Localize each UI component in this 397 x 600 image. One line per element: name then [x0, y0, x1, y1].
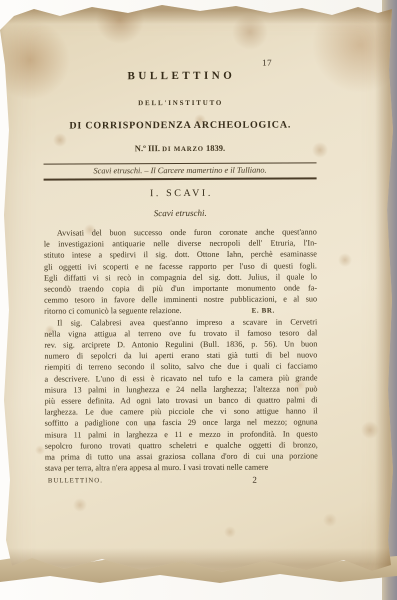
text-line: gli oggetti ivi scoperti e ne facesse ra… [44, 260, 317, 272]
footer-signature-number: 2 [252, 475, 257, 485]
running-head: Scavi etruschi. – Il Carcere mamertino e… [44, 165, 317, 175]
masthead-subtitle-2: DI CORRISPONDENZA ARCHEOLOGICA. [43, 119, 316, 131]
section-heading: I. SCAVI. [44, 187, 317, 199]
issue-month: DI MARZO [162, 146, 204, 153]
divider-rule-top [44, 162, 317, 164]
paragraph-1: Avvisati del buon successo onde furon co… [44, 226, 317, 317]
divider-rule-bottom [44, 177, 317, 180]
author-initials: E. BR. [252, 306, 275, 317]
text-line: riempiti di terreno secondo il solito, s… [44, 361, 317, 373]
page-number: 17 [262, 58, 272, 68]
text-line: ritorno ci comunicò la seguente relazion… [44, 306, 181, 316]
text-line: Il sig. Calabresi avea quest'anno impres… [44, 316, 317, 328]
issue-year: 1839. [206, 143, 225, 153]
issue-line: N.º III. DI MARZO 1839. [43, 142, 316, 153]
text-line: stituto intese a spedirvi il sig. dott. … [44, 249, 317, 261]
paragraph-2: Il sig. Calabresi avea quest'anno impres… [44, 316, 318, 474]
paragraph-1-last-line: ritorno ci comunicò la seguente relazion… [44, 305, 317, 317]
page-text-block: 17 BULLETTINO DELL'INSTITUTO DI CORRISPO… [43, 53, 318, 488]
masthead-title: BULLETTINO [43, 69, 316, 82]
page-footer: BULLETTINO. 2 [45, 475, 318, 488]
scanned-book-photo: 17 BULLETTINO DELL'INSTITUTO DI CORRISPO… [0, 0, 397, 600]
issue-number: N.º III. [135, 143, 160, 153]
section-subheading: Scavi etruschi. [44, 207, 317, 218]
masthead-subtitle-1: DELL'INSTITUTO [43, 98, 316, 107]
text-line: ma prima di tutto una assai graziosa col… [45, 450, 318, 462]
footer-catchword: BULLETTINO. [48, 478, 103, 485]
text-line: stava per terra, altra n'era appesa al m… [45, 462, 318, 474]
text-line: soffitto a padiglione con una fascia 29 … [45, 417, 318, 429]
book-page: 17 BULLETTINO DELL'INSTITUTO DI CORRISPO… [0, 0, 397, 600]
